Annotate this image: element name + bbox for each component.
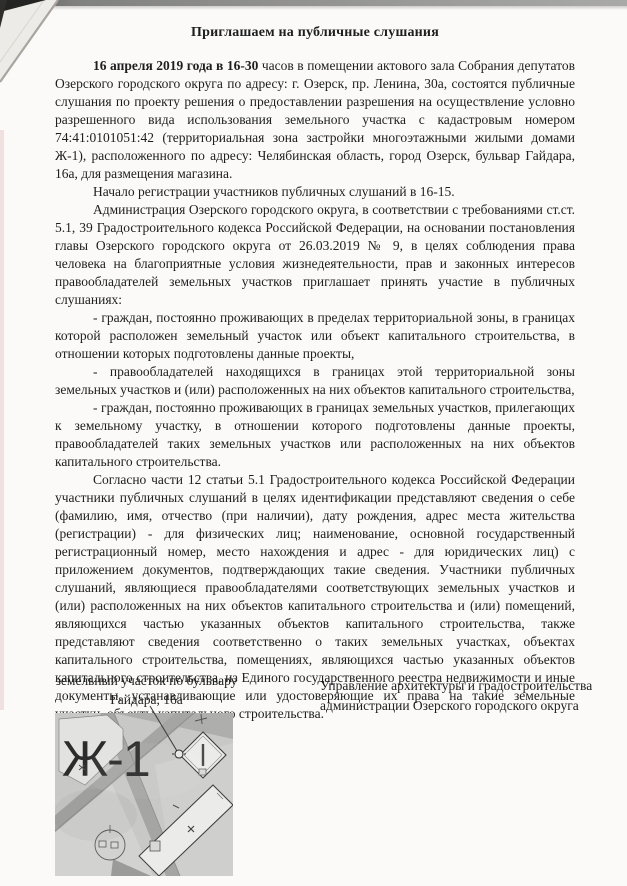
map-graphics: Ж-1 — [49, 703, 233, 881]
cadastral-map-image: Ж-1 — [55, 713, 233, 876]
document-title: Приглашаем на публичные слушания — [55, 24, 575, 42]
paragraph-hearing-announcement: 16 апреля 2019 года в 16-30 часов в поме… — [55, 57, 575, 183]
hearing-date-time: 16 апреля 2019 года в 16-30 — [93, 58, 258, 73]
list-item-citizens-adjacent: - граждан, постоянно проживающих в грани… — [55, 399, 575, 471]
document-body: Приглашаем на публичные слушания 16 апре… — [55, 24, 575, 723]
paragraph-administration-invite: Администрация Озерского городского округ… — [55, 201, 575, 309]
list-item-rightholders-zone: - правообладателей находящихся в граница… — [55, 363, 575, 399]
signature-block: Управление архитектуры и градостроительс… — [320, 676, 612, 715]
map-caption: земельный участок по бульвару Гайдара, 1… — [44, 671, 249, 709]
scanned-document-page: Приглашаем на публичные слушания 16 апре… — [0, 0, 627, 886]
scan-left-edge-tint — [0, 130, 4, 710]
hearing-announcement-text: часов в помещении актового зала Собрания… — [55, 58, 575, 181]
list-item-citizens-zone: - граждан, постоянно проживающих в преде… — [55, 309, 575, 363]
paragraph-registration-time: Начало регистрации участников публичных … — [55, 183, 575, 201]
parcel-marker — [175, 750, 183, 758]
